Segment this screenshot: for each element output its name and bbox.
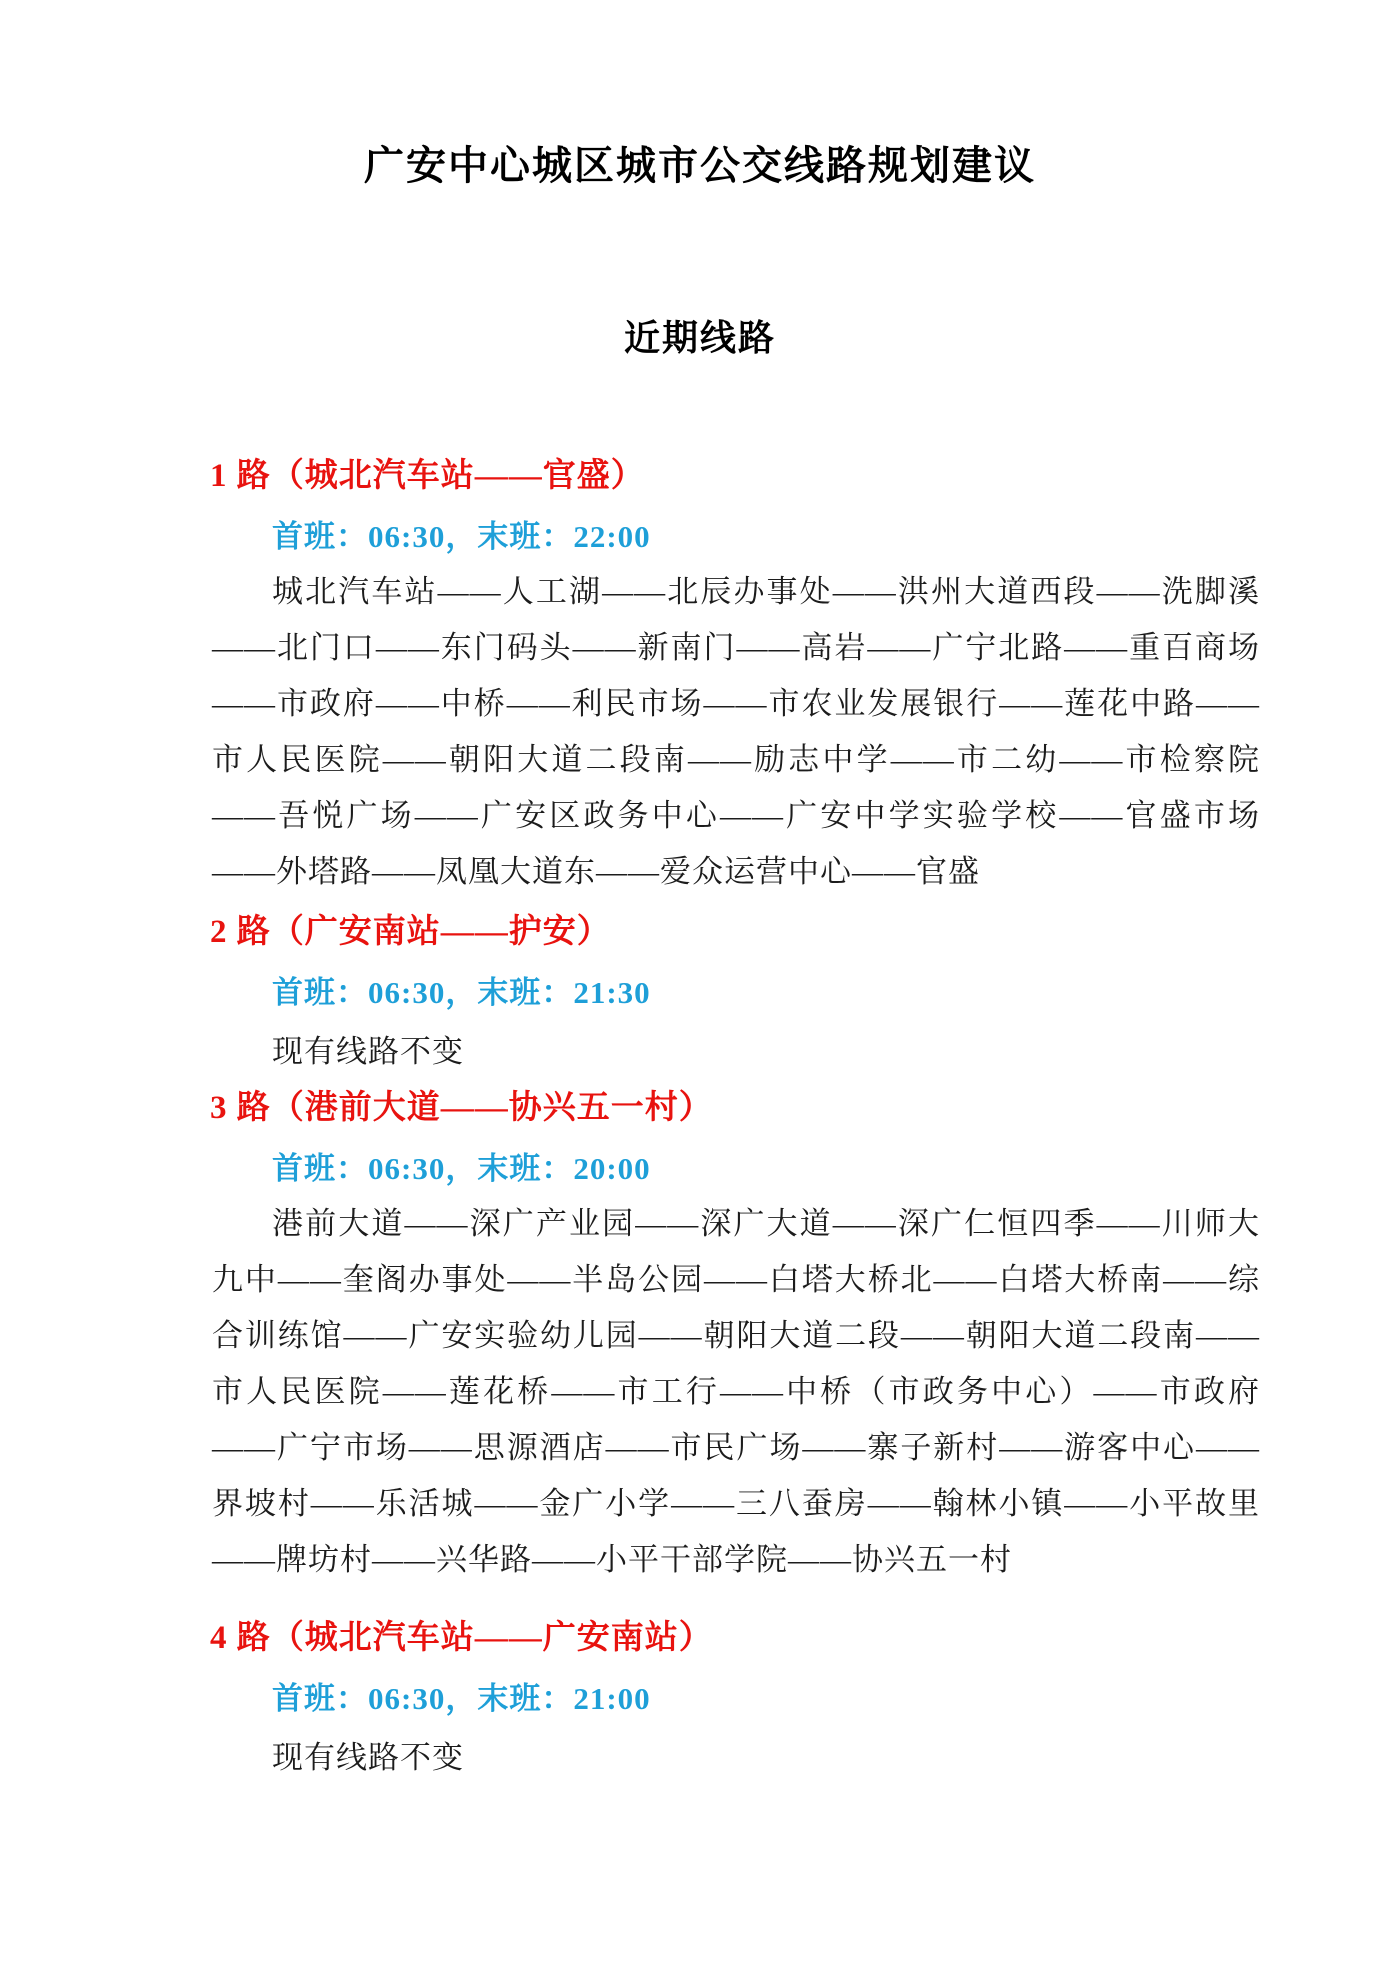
page-title: 广安中心城区城市公交线路规划建议 <box>0 0 1400 190</box>
route-2-heading: 2 路（广安南站——护安） <box>210 912 1400 952</box>
route-1-schedule: 首班：06:30，末班：22:00 <box>272 518 1400 556</box>
route-1-stops: 城北汽车站——人工湖——北辰办事处——洪州大道西段——洗脚溪——北门口——东门码… <box>212 564 1260 900</box>
route-2-note: 现有线路不变 <box>272 1032 1400 1072</box>
page-subtitle: 近期线路 <box>0 316 1400 360</box>
route-section-4: 4 路（城北汽车站——广安南站） 首班：06:30，末班：21:00 现有线路不… <box>0 1618 1400 1778</box>
route-3-heading: 3 路（港前大道——协兴五一村） <box>210 1088 1400 1128</box>
route-1-heading: 1 路（城北汽车站——官盛） <box>210 456 1400 496</box>
route-section-3: 3 路（港前大道——协兴五一村） 首班：06:30，末班：20:00 港前大道—… <box>0 1088 1400 1588</box>
route-section-2: 2 路（广安南站——护安） 首班：06:30，末班：21:30 现有线路不变 <box>0 912 1400 1072</box>
route-4-heading: 4 路（城北汽车站——广安南站） <box>210 1618 1400 1658</box>
route-section-1: 1 路（城北汽车站——官盛） 首班：06:30，末班：22:00 城北汽车站——… <box>0 456 1400 900</box>
route-4-schedule: 首班：06:30，末班：21:00 <box>272 1680 1400 1718</box>
route-3-schedule: 首班：06:30，末班：20:00 <box>272 1150 1400 1188</box>
route-4-note: 现有线路不变 <box>272 1738 1400 1778</box>
document-page: 广安中心城区城市公交线路规划建议 近期线路 1 路（城北汽车站——官盛） 首班：… <box>0 0 1400 1979</box>
route-2-schedule: 首班：06:30，末班：21:30 <box>272 974 1400 1012</box>
route-3-stops: 港前大道——深广产业园——深广大道——深广仁恒四季——川师大九中——奎阁办事处—… <box>212 1196 1260 1588</box>
